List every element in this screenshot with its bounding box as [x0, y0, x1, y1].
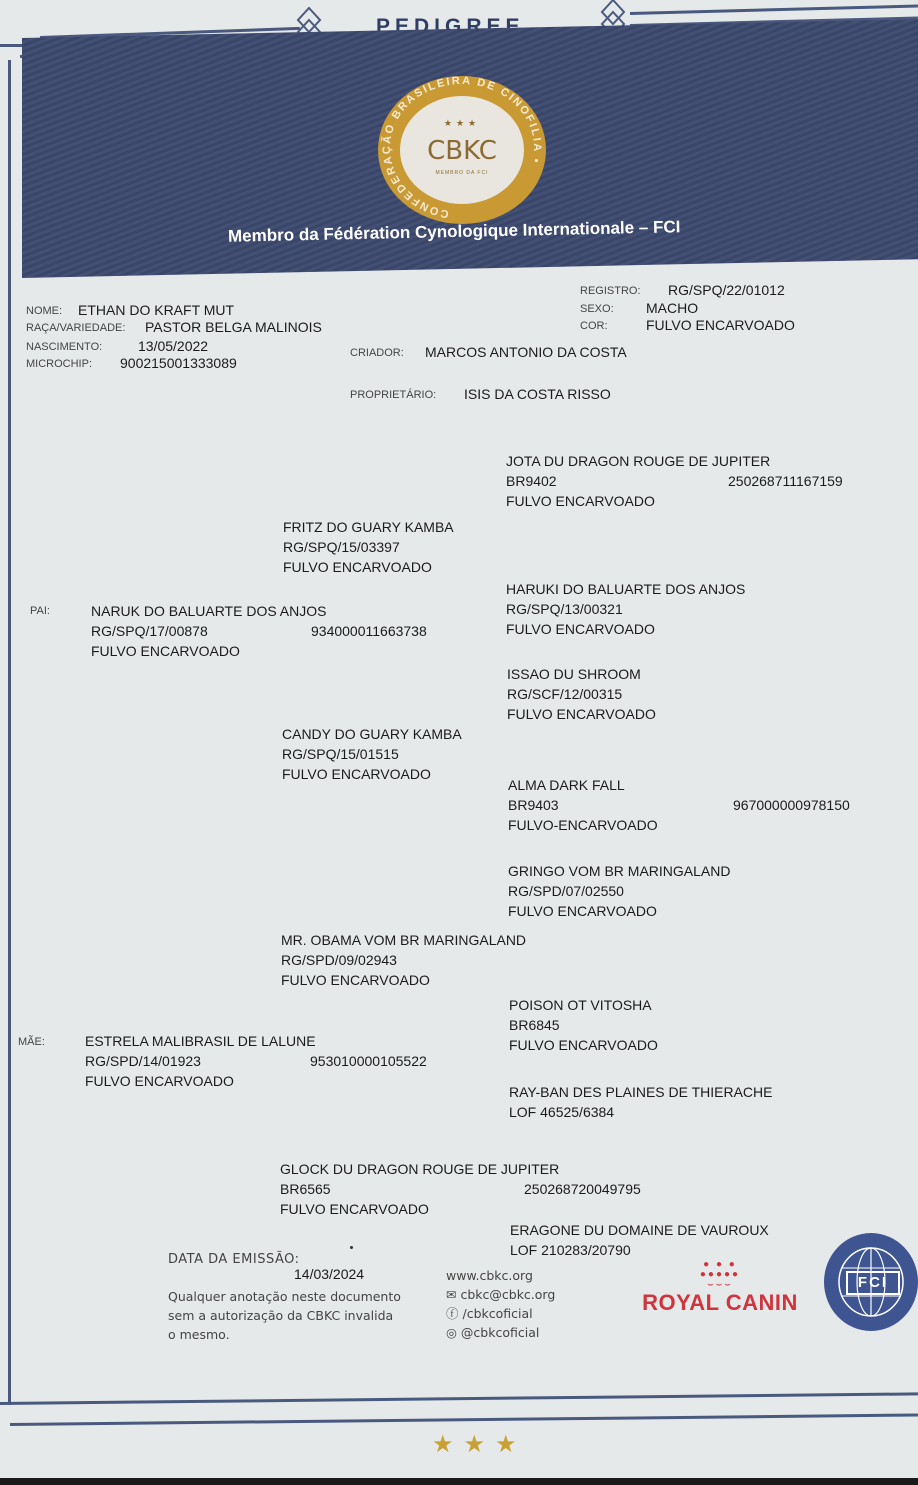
gold-stars-icon: ★★★	[432, 1430, 527, 1459]
grandparent: MR. OBAMA VOM BR MARINGALAND RG/SPD/09/0…	[281, 930, 526, 990]
gp-reg: BR6565	[280, 1179, 559, 1199]
ggp-name: JOTA DU DRAGON ROUGE DE JUPITER	[506, 451, 770, 471]
email-icon: ✉	[446, 1287, 456, 1302]
great-grandparent: POISON OT VITOSHA BR6845 FULVO ENCARVOAD…	[509, 995, 658, 1055]
seal-center: ★★★ CBKC MEMBRO DA FCI	[400, 96, 524, 204]
ggp-reg: LOF 210283/20790	[510, 1240, 769, 1260]
seal-subtitle: MEMBRO DA FCI	[400, 170, 524, 176]
ggp-reg: RG/SCF/12/00315	[507, 684, 656, 704]
ggp-reg: BR6845	[509, 1015, 658, 1035]
grandparent: GLOCK DU DRAGON ROUGE DE JUPITER BR6565 …	[280, 1159, 559, 1219]
sire-color: FULVO ENCARVOADO	[91, 641, 326, 661]
border-line-bottom	[0, 1392, 918, 1405]
ggp-name: GRINGO VOM BR MARINGALAND	[508, 861, 730, 881]
proprietario-label: PROPRIETÁRIO:	[350, 389, 436, 401]
gp-name: GLOCK DU DRAGON ROUGE DE JUPITER	[280, 1159, 559, 1179]
sire-reg: RG/SPQ/17/00878	[91, 621, 326, 641]
ggp-name: HARUKI DO BALUARTE DOS ANJOS	[506, 579, 745, 599]
ggp-color: FULVO-ENCARVOADO	[508, 815, 658, 835]
royal-canin-logo: ● ● ●●●●●●⌣⌣⌣ ROYAL CANIN	[640, 1260, 800, 1316]
gp-color: FULVO ENCARVOADO	[280, 1199, 559, 1219]
email-text: cbkc@cbkc.org	[460, 1287, 555, 1302]
great-grandparent: HARUKI DO BALUARTE DOS ANJOS RG/SPQ/13/0…	[506, 579, 745, 639]
gp-reg: RG/SPD/09/02943	[281, 950, 526, 970]
registro-label: REGISTRO:	[580, 285, 641, 297]
ggp-chip: 250268711167159	[728, 471, 843, 491]
print-speck	[350, 1246, 353, 1249]
ggp-reg: LOF 46525/6384	[509, 1102, 772, 1122]
dog-sex: MACHO	[646, 300, 698, 316]
ggp-name: ERAGONE DU DOMAINE DE VAUROUX	[510, 1220, 769, 1240]
dog-birthdate: 13/05/2022	[138, 338, 208, 354]
criador-label: CRIADOR:	[350, 347, 404, 359]
disclaimer-line: o mesmo.	[168, 1325, 401, 1344]
dam-reg: RG/SPD/14/01923	[85, 1051, 316, 1071]
fci-abbr: FCI	[846, 1271, 900, 1295]
dam-name: ESTRELA MALIBRASIL DE LALUNE	[85, 1031, 316, 1051]
ggp-name: RAY-BAN DES PLAINES DE THIERACHE	[509, 1082, 772, 1102]
sire-name: NARUK DO BALUARTE DOS ANJOS	[91, 601, 326, 621]
cor-label: COR:	[580, 320, 608, 332]
dam-color: FULVO ENCARVOADO	[85, 1071, 316, 1091]
gp-name: FRITZ DO GUARY KAMBA	[283, 517, 454, 537]
dam-chip: 953010000105522	[310, 1051, 427, 1071]
great-grandparent: RAY-BAN DES PLAINES DE THIERACHE LOF 465…	[509, 1082, 772, 1122]
contacts: www.cbkc.org ✉ cbkc@cbkc.org ⓕ /cbkcofic…	[446, 1266, 555, 1342]
instagram-text: @cbkcoficial	[461, 1325, 539, 1340]
emissao-label: DATA DA EMISSÃO:	[168, 1250, 300, 1269]
facebook-contact[interactable]: ⓕ /cbkcoficial	[446, 1304, 555, 1323]
ggp-color: FULVO ENCARVOADO	[508, 901, 730, 921]
great-grandparent: GRINGO VOM BR MARINGALAND RG/SPD/07/0255…	[508, 861, 730, 921]
gp-reg: RG/SPQ/15/03397	[283, 537, 454, 557]
instagram-contact[interactable]: ◎ @cbkcoficial	[446, 1323, 555, 1342]
seal-abbr: CBKC	[400, 136, 524, 166]
email-contact[interactable]: ✉ cbkc@cbkc.org	[446, 1285, 555, 1304]
great-grandparent: ISSAO DU SHROOM RG/SCF/12/00315 FULVO EN…	[507, 664, 656, 724]
facebook-text: /cbkcoficial	[463, 1306, 533, 1321]
gp-name: CANDY DO GUARY KAMBA	[282, 724, 462, 744]
mae-label: MÃE:	[18, 1036, 45, 1048]
dog-color: FULVO ENCARVOADO	[646, 317, 795, 333]
nascimento-label: NASCIMENTO:	[26, 341, 102, 353]
ggp-reg: RG/SPQ/13/00321	[506, 599, 745, 619]
ggp-color: FULVO ENCARVOADO	[506, 491, 770, 511]
dog-name: ETHAN DO KRAFT MUT	[78, 302, 234, 318]
great-grandparent: ERAGONE DU DOMAINE DE VAUROUX LOF 210283…	[510, 1220, 769, 1260]
sire: NARUK DO BALUARTE DOS ANJOS RG/SPQ/17/00…	[91, 601, 326, 661]
dog-registration: RG/SPQ/22/01012	[668, 282, 785, 298]
sexo-label: SEXO:	[580, 303, 614, 315]
ggp-color: FULVO ENCARVOADO	[509, 1035, 658, 1055]
disclaimer-line: sem a autorização da CBKC invalida	[168, 1306, 401, 1325]
great-grandparent: JOTA DU DRAGON ROUGE DE JUPITER BR9402 2…	[506, 451, 770, 511]
fci-seal: FCI	[824, 1233, 918, 1331]
grandparent: FRITZ DO GUARY KAMBA RG/SPQ/15/03397 FUL…	[283, 517, 454, 577]
owner: ISIS DA COSTA RISSO	[464, 386, 611, 402]
ggp-reg: RG/SPD/07/02550	[508, 881, 730, 901]
website-link[interactable]: www.cbkc.org	[446, 1266, 555, 1285]
dog-breed: PASTOR BELGA MALINOIS	[145, 319, 322, 335]
breeder: MARCOS ANTONIO DA COSTA	[425, 344, 627, 360]
dam: ESTRELA MALIBRASIL DE LALUNE RG/SPD/14/0…	[85, 1031, 316, 1091]
border-line	[630, 4, 918, 15]
ggp-name: POISON OT VITOSHA	[509, 995, 658, 1015]
great-grandparent: ALMA DARK FALL BR9403 967000000978150 FU…	[508, 775, 658, 835]
ggp-reg: BR9403	[508, 795, 658, 815]
gp-name: MR. OBAMA VOM BR MARINGALAND	[281, 930, 526, 950]
raca-label: RAÇA/VARIEDADE:	[26, 322, 125, 334]
gp-chip: 250268720049795	[524, 1179, 641, 1199]
ggp-name: ISSAO DU SHROOM	[507, 664, 656, 684]
border-line-left	[8, 60, 11, 1405]
facebook-icon: ⓕ	[446, 1306, 459, 1321]
sponsor-name: ROYAL CANIN	[640, 1290, 800, 1316]
cbkc-seal: CONFEDERAÇÃO BRASILEIRA DE CINOFILIA • ★…	[378, 76, 546, 224]
grandparent: CANDY DO GUARY KAMBA RG/SPQ/15/01515 FUL…	[282, 724, 462, 784]
ggp-color: FULVO ENCARVOADO	[506, 619, 745, 639]
border-line-bottom	[10, 1413, 918, 1426]
pedigree-certificate: PEDIGREE CONFEDERAÇÃO BRASILEIRA DE CINO…	[0, 0, 918, 1478]
microchip-label: MICROCHIP:	[26, 358, 92, 370]
crown-icon: ● ● ●●●●●●⌣⌣⌣	[640, 1260, 800, 1290]
ggp-color: FULVO ENCARVOADO	[507, 704, 656, 724]
disclaimer-line: Qualquer anotação neste documento	[168, 1287, 401, 1306]
seal-stars-icon: ★★★	[400, 118, 524, 129]
gp-color: FULVO ENCARVOADO	[283, 557, 454, 577]
gp-reg: RG/SPQ/15/01515	[282, 744, 462, 764]
nome-label: NOME:	[26, 305, 62, 317]
ggp-chip: 967000000978150	[733, 795, 850, 815]
pai-label: PAI:	[30, 605, 50, 617]
instagram-icon: ◎	[446, 1325, 457, 1340]
sire-chip: 934000011663738	[311, 621, 427, 641]
gp-color: FULVO ENCARVOADO	[281, 970, 526, 990]
ggp-name: ALMA DARK FALL	[508, 775, 658, 795]
dog-microchip: 900215001333089	[120, 355, 237, 371]
gp-color: FULVO ENCARVOADO	[282, 764, 462, 784]
disclaimer: Qualquer anotação neste documento sem a …	[168, 1287, 401, 1344]
issue-date: 14/03/2024	[294, 1266, 364, 1282]
